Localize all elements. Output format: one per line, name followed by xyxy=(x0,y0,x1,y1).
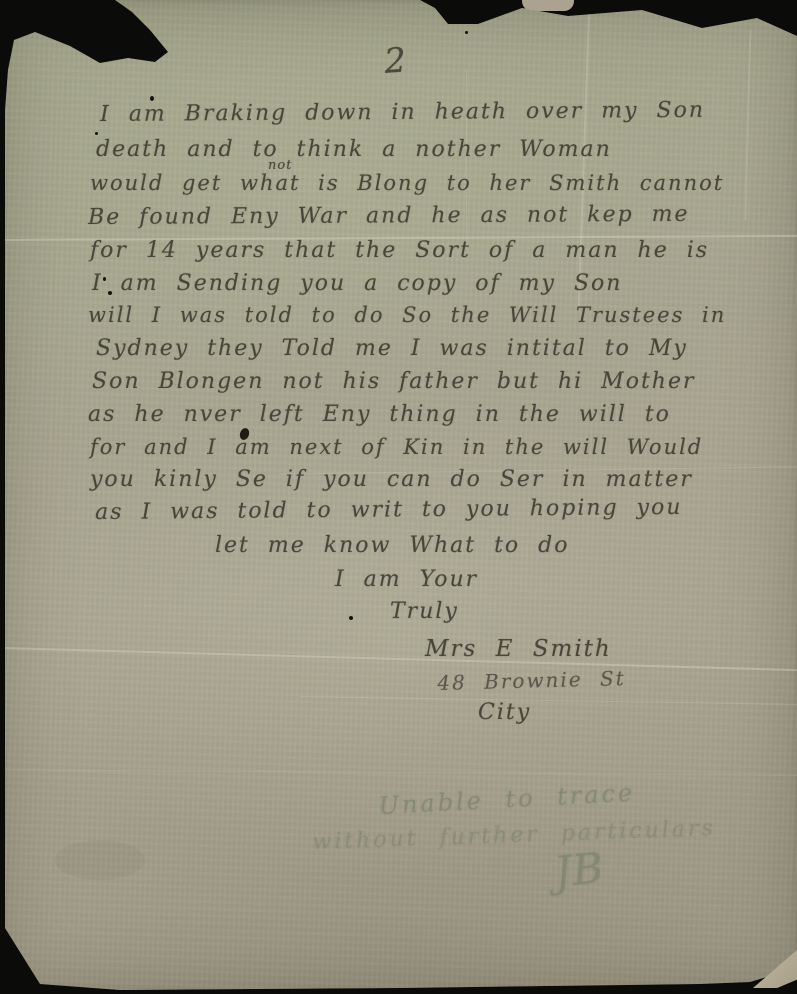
letter-line: you kinly Se if you can do Ser in matter xyxy=(90,467,693,492)
pencil-note-line: Unable to trace xyxy=(378,779,636,820)
ink-speck xyxy=(103,277,106,281)
pencil-note-line: without further particulars xyxy=(312,816,716,855)
smudge xyxy=(55,840,145,880)
letter-page: 2 I am Braking down in heath over my Son… xyxy=(0,0,797,994)
letter-line: let me know What to do xyxy=(215,533,569,558)
crease-line xyxy=(0,769,797,776)
crease-line xyxy=(745,30,752,220)
pencil-initials: JB xyxy=(552,843,607,897)
letter-line: would get what is Blong to her Smith can… xyxy=(90,171,724,195)
signature-city: City xyxy=(478,700,531,725)
letter-line: will I was told to do So the Will Truste… xyxy=(88,303,726,327)
letter-line: Be found Eny War and he as not kep me xyxy=(88,202,690,230)
ink-speck xyxy=(465,31,468,34)
ink-speck xyxy=(349,616,353,620)
letter-line: I am Sending you a copy of my Son xyxy=(92,271,622,296)
signature-address: 48 Brownie St xyxy=(437,666,626,695)
letter-line: as I was told to writ to you hoping you xyxy=(95,495,683,525)
scan-background: 2 I am Braking down in heath over my Son… xyxy=(0,0,797,994)
ink-speck xyxy=(150,96,154,101)
inserted-word: not xyxy=(268,158,292,173)
letter-line: as he nver left Eny thing in the will to xyxy=(88,402,671,427)
signature-name: Mrs E Smith xyxy=(425,636,612,662)
page-number: 2 xyxy=(383,40,409,82)
ink-speck xyxy=(95,132,98,135)
crease-line xyxy=(0,647,797,671)
ink-speck xyxy=(108,291,112,295)
closing-line: I am Your xyxy=(335,567,478,592)
paper-fragment xyxy=(522,0,574,11)
letter-line: for and I am next of Kin in the will Wou… xyxy=(90,435,703,459)
letter-line: for 14 years that the Sort of a man he i… xyxy=(90,238,709,263)
letter-line: death and to think a nother Woman xyxy=(96,137,612,162)
crease-line xyxy=(300,696,797,705)
letter-line: Son Blongen not his father but hi Mother xyxy=(92,369,696,394)
letter-line: Sydney they Told me I was intital to My xyxy=(96,336,688,361)
letter-line: I am Braking down in heath over my Son xyxy=(100,98,705,127)
closing-line: Truly xyxy=(390,599,459,624)
